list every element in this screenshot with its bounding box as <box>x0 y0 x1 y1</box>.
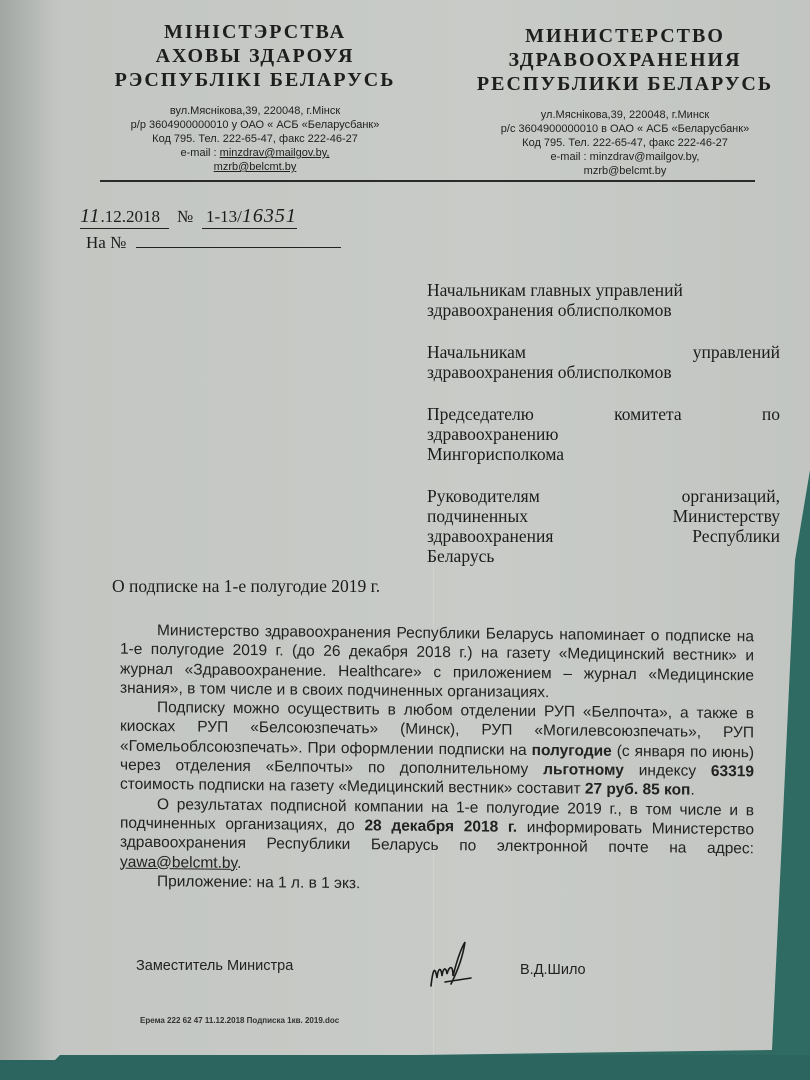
email-link-1[interactable]: minzdrav@mailgov.by, <box>220 147 330 159</box>
paragraph-reminder: Министерство здравоохранения Республики … <box>120 621 754 705</box>
handwritten-number: 16351 <box>242 205 297 227</box>
email-label: e-mail : <box>181 147 220 159</box>
ministry-title-by-1: МІНІСТЭРСТВА <box>95 20 415 44</box>
recipient-line: здравоохранения облисполкомов <box>427 362 780 382</box>
letter-body: Министерство здравоохранения Республики … <box>120 621 754 898</box>
date-rest: .12.2018 <box>101 207 161 226</box>
registration-line: 11.12.2018 № 1-13/16351 <box>80 205 297 229</box>
email-line: e-mail : minzdrav@mailgov.by, <box>95 146 415 160</box>
header-divider <box>100 180 755 182</box>
recipient-word: комитета <box>614 404 682 424</box>
handwritten-signature-icon <box>425 938 485 993</box>
recipient-3: Председателюкомитетапо здравоохранению М… <box>427 404 780 464</box>
ministry-title-by-2: АХОВЫ ЗДАРОУЯ <box>95 44 415 68</box>
letterhead-belarusian: МІНІСТЭРСТВА АХОВЫ ЗДАРОУЯ РЭСПУБЛІКІ БЕ… <box>95 20 415 174</box>
email-label: e-mail : <box>551 151 590 163</box>
bank-account: р/р 3604900000010 у ОАО « АСБ «Беларусба… <box>95 118 415 132</box>
letterhead-russian: МИНИСТЕРСТВО ЗДРАВООХРАНЕНИЯ РЕСПУБЛИКИ … <box>460 24 790 178</box>
recipient-line: Беларусь <box>427 546 780 566</box>
recipient-1: Начальникам главных управлений здравоохр… <box>427 280 780 320</box>
bank-account: р/с 3604900000010 в ОАО « АСБ «Беларусба… <box>460 122 790 136</box>
ministry-title-ru-1: МИНИСТЕРСТВО <box>460 24 790 48</box>
paragraph-subscription-info: Подписку можно осуществить в любом отдел… <box>120 698 754 801</box>
text: . <box>237 854 241 871</box>
text: . <box>690 782 694 799</box>
report-email-link[interactable]: yawa@belcmt.by <box>120 853 237 871</box>
recipient-word: Министерству <box>673 506 780 526</box>
contact-block-ru: ул.Мяснікова,39, 220048, г.Минск р/с 360… <box>460 108 790 178</box>
ministry-title-ru-2: ЗДРАВООХРАНЕНИЯ <box>460 48 790 72</box>
reply-number-blank <box>136 234 341 248</box>
recipient-word: Руководителям <box>427 486 540 506</box>
phone-fax: Код 795. Тел. 222-65-47, факс 222-46-27 <box>95 132 415 146</box>
bold-half-year: полугодие <box>532 742 612 760</box>
text: индексу <box>624 762 711 780</box>
recipient-4: Руководителяморганизаций, подчиненныхМин… <box>427 486 780 566</box>
address: вул.Мяснікова,39, 220048, г.Мінск <box>95 104 415 118</box>
email-line: e-mail : minzdrav@mailgov.by, <box>460 150 790 164</box>
bold-deadline: 28 декабря 2018 г. <box>364 817 517 836</box>
recipient-line: Начальникам главных управлений <box>427 280 780 300</box>
recipient-word: Начальникам <box>427 342 526 362</box>
recipients-block: Начальникам главных управлений здравоохр… <box>427 280 780 588</box>
letter-subject: О подписке на 1-е полугодие 2019 г. <box>112 576 380 597</box>
recipient-word: Республики <box>692 526 780 546</box>
bold-index: 63319 <box>711 763 754 780</box>
recipient-word: управлений <box>693 342 780 362</box>
email-link-2[interactable]: mzrb@belcmt.by <box>214 161 297 173</box>
recipient-line: здравоохранению <box>427 424 780 444</box>
recipient-word: Председателю <box>427 404 534 424</box>
date-field: 11.12.2018 <box>80 205 169 229</box>
ministry-title-ru-3: РЕСПУБЛИКИ БЕЛАРУСЬ <box>460 72 790 96</box>
background-edge <box>0 1055 810 1080</box>
phone-fax: Код 795. Тел. 222-65-47, факс 222-46-27 <box>460 136 790 150</box>
recipient-word: организаций, <box>682 486 780 506</box>
document-footer: Ерема 222 62 47 11.12.2018 Подписка 1кв.… <box>140 1016 339 1025</box>
recipient-word: здравоохранения <box>427 526 553 546</box>
contact-block-by: вул.Мяснікова,39, 220048, г.Мінск р/р 36… <box>95 104 415 174</box>
email-text-2: mzrb@belcmt.by <box>584 165 667 177</box>
email-text-1: minzdrav@mailgov.by, <box>590 151 700 163</box>
paragraph-reporting: О результатах подписной компании на 1-е … <box>120 794 754 878</box>
recipient-2: Начальникамуправлений здравоохранения об… <box>427 342 780 382</box>
recipient-line: Мингорисполкома <box>427 444 780 464</box>
reply-label: На № <box>86 233 126 252</box>
signatory-name: В.Д.Шило <box>520 962 586 978</box>
reply-to-line: На № <box>86 233 341 253</box>
recipient-line: здравоохранения облисполкомов <box>427 300 780 320</box>
number-field: 1-13/16351 <box>202 205 297 229</box>
paper-shadow <box>0 0 60 1080</box>
address: ул.Мяснікова,39, 220048, г.Минск <box>460 108 790 122</box>
number-label: № <box>177 207 193 226</box>
bold-discount: льготному <box>543 761 624 779</box>
number-prefix: 1-13/ <box>206 207 242 226</box>
bold-price: 27 руб. 85 коп <box>585 781 691 799</box>
recipient-word: подчиненных <box>427 506 528 526</box>
signatory-title: Заместитель Министра <box>136 958 293 974</box>
handwritten-day: 11 <box>80 205 101 227</box>
recipient-word: по <box>762 404 780 424</box>
ministry-title-by-3: РЭСПУБЛІКІ БЕЛАРУСЬ <box>95 68 415 92</box>
